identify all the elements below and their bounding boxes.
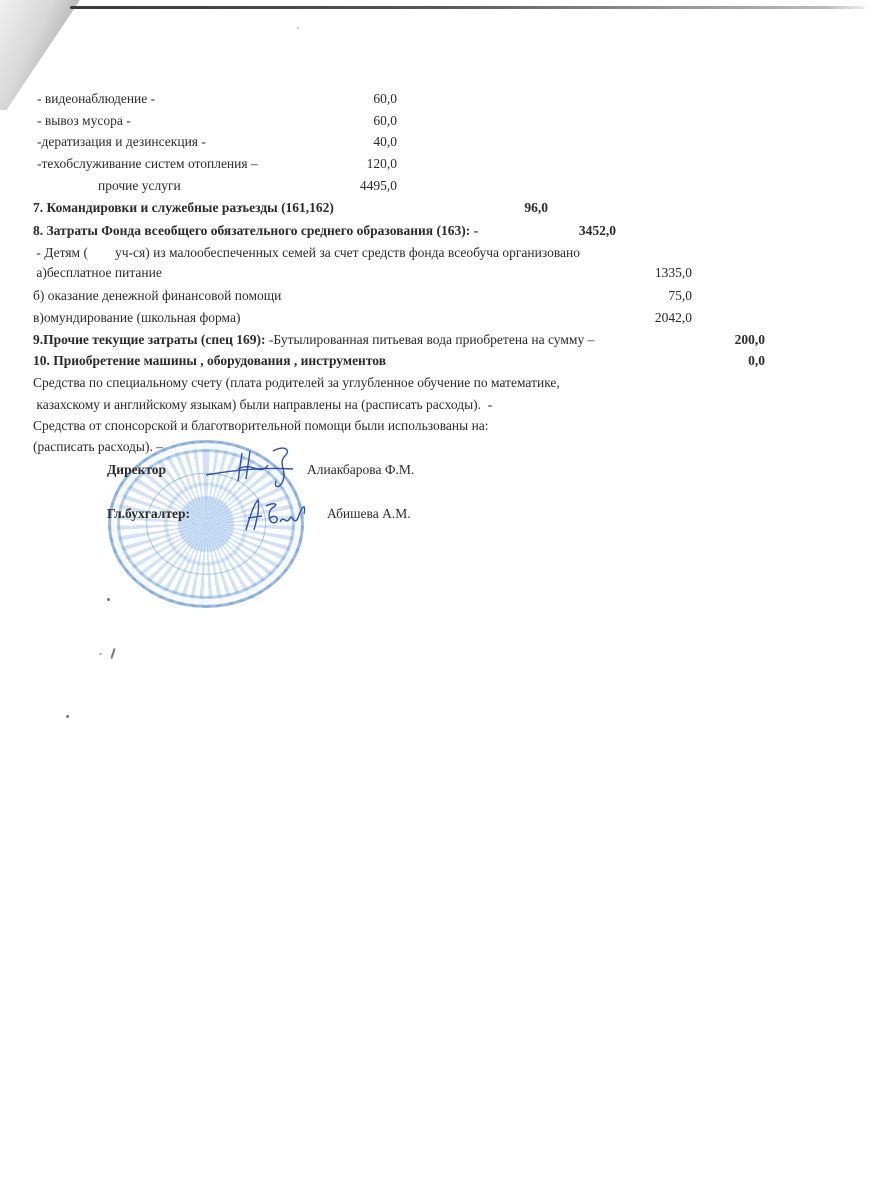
scan-speck (99, 653, 102, 655)
section-9-line: 9.Прочие текущие затраты (спец 169): -Бу… (33, 332, 594, 348)
accountant-title: Гл.бухгалтер: (107, 506, 190, 522)
scan-speck (66, 715, 69, 718)
scan-speck (297, 27, 299, 29)
note-line: казахскому и английскому языкам) были на… (33, 397, 492, 413)
service-label: - вывоз мусора - (37, 113, 131, 129)
service-amount: 60,0 (373, 113, 397, 129)
service-label: прочие услуги (98, 178, 181, 194)
note-line: Средства по специальному счету (плата ро… (33, 375, 560, 391)
section-8-item-amount: 1335,0 (655, 265, 692, 281)
note-line: (расписать расходы). – (33, 439, 163, 455)
section-9-label: 9.Прочие текущие затраты (спец 169): (33, 332, 269, 347)
section-8-item-label: а)бесплатное питание (33, 265, 162, 281)
service-amount: 120,0 (367, 156, 397, 172)
director-name: Алиакбарова Ф.М. (307, 462, 414, 478)
section-8-item-amount: 75,0 (668, 288, 692, 304)
note-line: Средства от спонсорской и благотворитель… (33, 418, 489, 434)
service-amount: 40,0 (373, 134, 397, 150)
section-8-label: 8. Затраты Фонда всеобщего обязательного… (33, 223, 478, 239)
service-label: -дератизация и дезинсекция - (37, 134, 206, 150)
section-8-item-label: б) оказание денежной финансовой помощи (33, 288, 281, 304)
scan-speck (110, 648, 115, 659)
scan-speck (107, 598, 110, 601)
scan-edge-line (70, 6, 865, 9)
section-10-label: 10. Приобретение машины , оборудования ,… (33, 353, 386, 369)
director-title: Директор (107, 462, 166, 478)
director-signature-icon (198, 443, 308, 493)
service-label: - видеонаблюдение - (37, 91, 155, 107)
section-8-amount: 3452,0 (579, 223, 616, 239)
section-7-label: 7. Командировки и служебные разъезды (16… (33, 200, 334, 216)
service-amount: 60,0 (373, 91, 397, 107)
service-label: -техобслуживание систем отопления – (37, 156, 258, 172)
section-9-amount: 200,0 (735, 332, 765, 348)
section-10-amount: 0,0 (748, 353, 765, 369)
accountant-name: Абишева А.М. (327, 506, 411, 522)
service-amount: 4495,0 (360, 178, 397, 194)
section-9-description: -Бутылированная питьевая вода приобретен… (269, 332, 594, 347)
section-8-intro: - Детям ( уч-ся) из малообеспеченных сем… (33, 245, 580, 261)
section-8-item-label: в)омундирование (школьная форма) (33, 310, 241, 326)
section-8-item-amount: 2042,0 (655, 310, 692, 326)
section-7-amount: 96,0 (524, 200, 548, 216)
accountant-signature-icon (240, 496, 310, 536)
